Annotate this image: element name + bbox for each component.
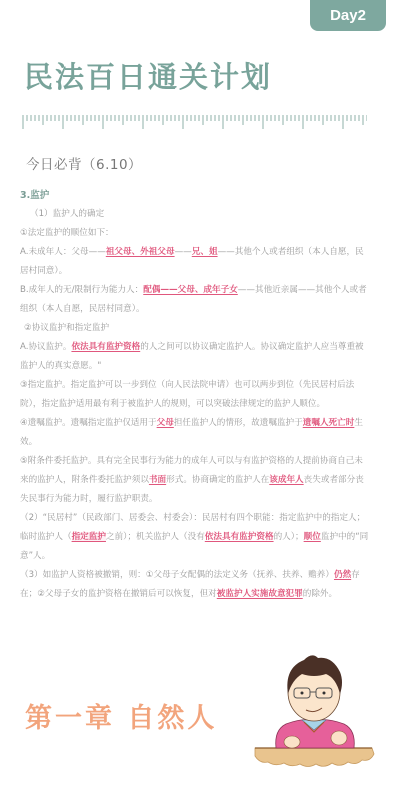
text: —— <box>175 247 192 257</box>
highlight: 被监护人实施故意犯罪 <box>217 589 303 599</box>
highlight: 顺位 <box>304 532 321 542</box>
item-1-heading: ①法定监护的顺位如下： <box>20 224 370 243</box>
highlight: 指定监护 <box>72 532 106 542</box>
item-3: ③指定监护。指定监护可以一步到位（向人民法院申请）也可以两步到位（先民居村后法院… <box>20 376 370 414</box>
text: 担任监护人的情形，故遗嘱监护于 <box>174 418 303 428</box>
chapter-title: 第一章 自然人 <box>25 696 217 735</box>
teacher-cartoon-icon <box>252 650 377 780</box>
subsection-1: （1）监护人的确定 <box>20 205 370 224</box>
text: ④遗嘱监护。遗嘱指定监护仅适用于 <box>20 418 157 428</box>
highlight: 配偶——父母、成年子女 <box>143 285 238 295</box>
item-b: B.成年人的无/限制行为能力人：配偶——父母、成年子女——其他近亲属——其他个人… <box>20 281 370 319</box>
today-title: 今日必背（6.10） <box>26 153 142 173</box>
subsection-3: （3）如监护人资格被撤销，则：①父母子女配偶的法定义务（抚养、扶养、赡养）仍然存… <box>20 566 370 604</box>
text: 的除外。 <box>303 589 337 599</box>
day-badge: Day2 <box>310 0 386 31</box>
highlight: 仍然 <box>334 570 351 580</box>
section-title: 3.监护 <box>20 186 370 205</box>
text: A.协议监护。 <box>20 342 71 352</box>
text: 之前）；机关监护人（没有 <box>106 532 205 542</box>
item-2a: A.协议监护。依法具有监护资格的人之间可以协议确定监护人。协议确定监护人应当尊重… <box>20 338 370 376</box>
text: 的人）； <box>274 532 304 542</box>
highlight: 该成年人 <box>269 475 303 485</box>
highlight: 依法具有监护资格 <box>71 342 140 352</box>
text: （3）如监护人资格被撤销，则：①父母子女配偶的法定义务（抚养、扶养、赡养） <box>20 570 334 580</box>
highlight: 遗嘱人死亡时 <box>303 418 355 428</box>
highlight: 兄、姐 <box>192 247 218 257</box>
highlight: 父母 <box>157 418 174 428</box>
item-5: ⑤附条件委托监护。具有完全民事行为能力的成年人可以与有监护资格的人提前协商自己未… <box>20 452 370 509</box>
ruler-divider <box>22 113 367 129</box>
page-title: 民法百日通关计划 <box>24 55 272 96</box>
item-a: A.未成年人：父母——祖父母、外祖父母——兄、姐——其他个人或者组织（本人自愿，… <box>20 243 370 281</box>
item-2-heading: ②协议监护和指定监护 <box>20 319 370 338</box>
text: A.未成年人：父母—— <box>20 247 106 257</box>
text: 形式。协商确定的监护人在 <box>166 475 269 485</box>
text: B.成年人的无/限制行为能力人： <box>20 285 143 295</box>
item-4: ④遗嘱监护。遗嘱指定监护仅适用于父母担任监护人的情形，故遗嘱监护于遗嘱人死亡时生… <box>20 414 370 452</box>
highlight: 依法具有监护资格 <box>205 532 274 542</box>
content-body: 3.监护 （1）监护人的确定 ①法定监护的顺位如下： A.未成年人：父母——祖父… <box>20 186 370 604</box>
highlight: 祖父母、外祖父母 <box>106 247 175 257</box>
subsection-2: （2）“民居村”（民政部门、居委会、村委会）：民居村有四个职能：指定监护中的指定… <box>20 509 370 566</box>
highlight: 书面 <box>149 475 166 485</box>
